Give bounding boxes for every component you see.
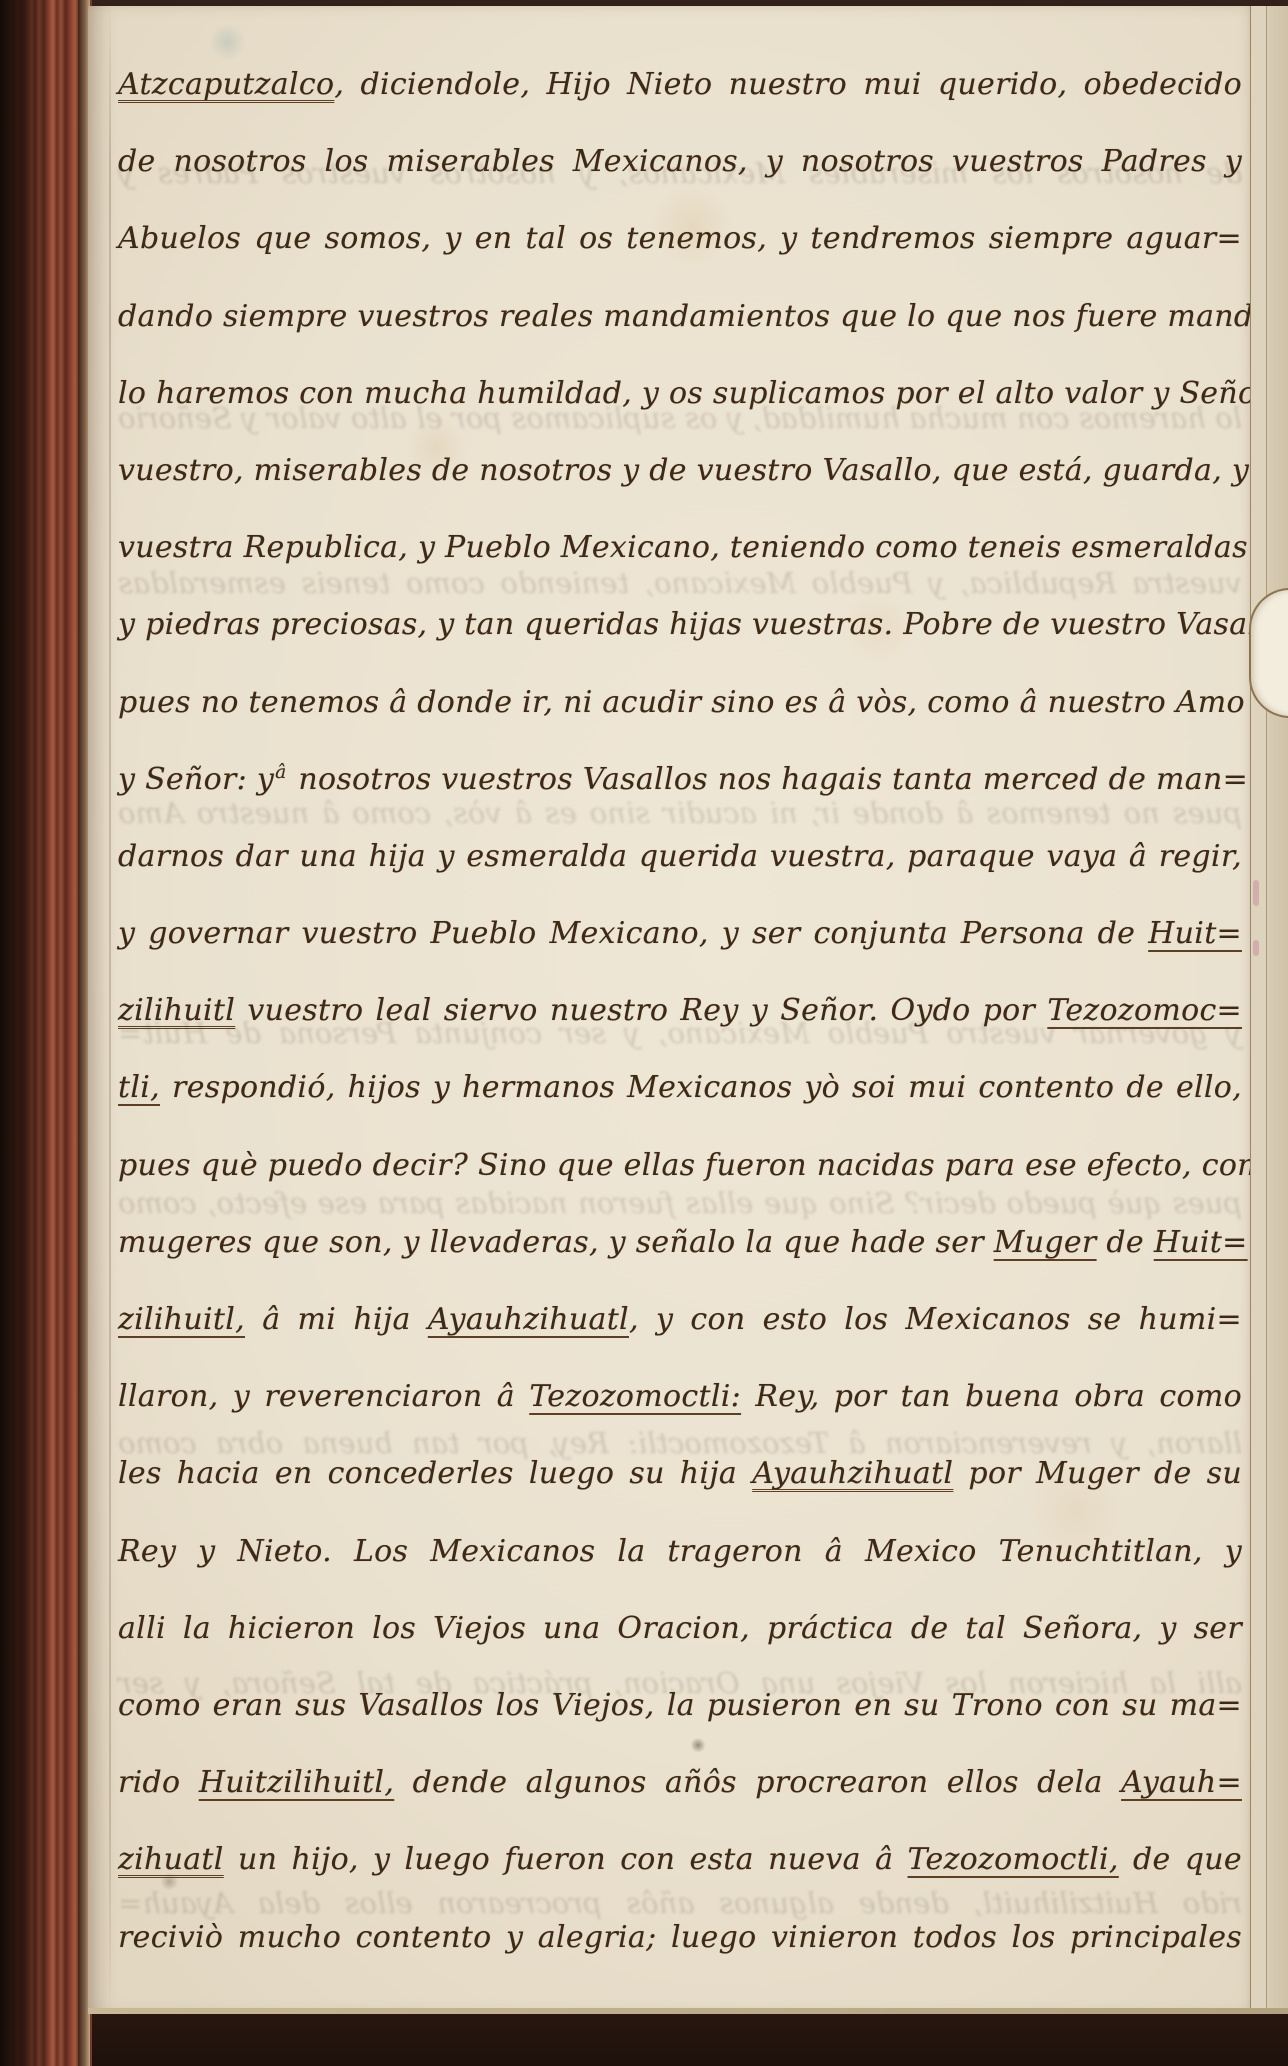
manuscript-line: y governar vuestro Pueblo Mexicano, y se… [118, 895, 1242, 972]
underlined-proper-noun: Tezozomoc= [1047, 993, 1242, 1028]
text-segment: les hacia en concederles luego su hija [118, 1456, 752, 1491]
manuscript-page: rido Huitzilihuitl, dende algunos añôs p… [88, 6, 1250, 2012]
text-segment: , y con esto los Mexicanos se humi= [629, 1302, 1242, 1337]
underlined-proper-noun: Ayauhzihuatl [752, 1456, 953, 1491]
text-segment: mugeres que son, y llevaderas, y señalo … [118, 1225, 994, 1260]
text-segment: reciviò mucho contento y alegria; luego … [118, 1920, 1242, 1955]
text-segment: vuestro leal siervo nuestro Rey y Señor.… [235, 993, 1047, 1028]
manuscript-line: pues què puedo decir? Sino que ellas fue… [118, 1127, 1242, 1204]
manuscript-line: vuestro, miserables de nosotros y de vue… [118, 432, 1242, 509]
manuscript-line: reciviò mucho contento y alegria; luego … [118, 1899, 1242, 1976]
text-segment: un hijo, y luego fueron con esta nueva â [224, 1842, 908, 1877]
underlined-proper-noun: Ayauh= [1121, 1765, 1242, 1800]
manuscript-text: Atzcaputzalco, diciendole, Hijo Nieto nu… [118, 46, 1242, 1976]
text-segment: â mi hija [245, 1302, 428, 1337]
underlined-proper-noun: zihuatl [118, 1842, 224, 1877]
text-segment: pues no tenemos â donde ir, ni acudir si… [118, 685, 1245, 720]
superscript-insertion: â [275, 762, 286, 783]
text-segment: por Muger de su [953, 1456, 1242, 1491]
underlined-proper-noun: Huit= [1148, 916, 1242, 951]
text-segment: vuestra Republica, y Pueblo Mexicano, te… [118, 530, 1248, 565]
text-segment: Rey y Nieto. Los Mexicanos la trageron â… [118, 1534, 1242, 1569]
text-segment: vuestro, miserables de nosotros y de vue… [118, 453, 1288, 488]
manuscript-line: Abuelos que somos, y en tal os tenemos, … [118, 200, 1242, 277]
text-segment: , diciendole, Hijo Nieto nuestro mui que… [334, 67, 1242, 102]
text-segment: y piedras preciosas, y tan queridas hija… [118, 607, 1288, 642]
edge-pink-mark [1253, 940, 1259, 956]
text-segment: alli la hicieron los Viejos una Oracion,… [118, 1611, 1242, 1646]
manuscript-line: llaron, y reverenciaron â Tezozomoctli: … [118, 1358, 1242, 1435]
manuscript-line: lo haremos con mucha humildad, y os supl… [118, 355, 1242, 432]
underlined-proper-noun: Ayauhzihuatl [428, 1302, 629, 1337]
manuscript-line: rido Huitzilihuitl, dende algunos añôs p… [118, 1744, 1242, 1821]
manuscript-line: vuestra Republica, y Pueblo Mexicano, te… [118, 509, 1242, 586]
manuscript-line: zilihuitl, â mi hija Ayauhzihuatl, y con… [118, 1281, 1242, 1358]
manuscript-line: mugeres que son, y llevaderas, y señalo … [118, 1204, 1242, 1281]
underlined-proper-noun: zilihuitl, [118, 1302, 245, 1337]
underlined-proper-noun: Huit= [1154, 1225, 1248, 1260]
photographed-book-page: { "document": { "kind": "manuscript-page… [0, 0, 1288, 2066]
text-segment: de que [1119, 1842, 1242, 1877]
manuscript-line: de nosotros los miserables Mexicanos, y … [118, 123, 1242, 200]
text-segment: rido [118, 1765, 199, 1800]
manuscript-line: darnos dar una hija y esmeralda querida … [118, 818, 1242, 895]
edge-pink-mark [1253, 880, 1259, 906]
thumb-index-notch [1249, 588, 1288, 718]
text-segment: de [1097, 1225, 1154, 1260]
manuscript-line: Rey y Nieto. Los Mexicanos la trageron â… [118, 1513, 1242, 1590]
manuscript-line: y piedras preciosas, y tan queridas hija… [118, 586, 1242, 663]
underlined-proper-noun: Muger [994, 1225, 1097, 1260]
page-bottom-edge [88, 2008, 1288, 2014]
text-segment: y governar vuestro Pueblo Mexicano, y se… [118, 916, 1148, 951]
manuscript-line: tli, respondió, hijos y hermanos Mexican… [118, 1049, 1242, 1126]
underlined-proper-noun: zilihuitl [118, 993, 235, 1028]
manuscript-line: pues no tenemos â donde ir, ni acudir si… [118, 664, 1242, 741]
text-segment: y Señor: y [118, 762, 274, 797]
underlined-proper-noun: Tezozomoctli, [908, 1842, 1119, 1877]
manuscript-line: y Señor: yâ nosotros vuestros Vasallos n… [118, 741, 1242, 818]
underlying-page-edge [1250, 6, 1267, 2012]
manuscript-line: como eran sus Vasallos los Viejos, la pu… [118, 1667, 1242, 1744]
manuscript-line: zihuatl un hijo, y luego fueron con esta… [118, 1821, 1242, 1898]
text-segment: darnos dar una hija y esmeralda querida … [118, 839, 1242, 874]
text-segment: respondió, hijos y hermanos Mexicanos yò… [160, 1070, 1242, 1105]
text-segment: nosotros vuestros Vasallos nos hagais ta… [289, 762, 1249, 797]
text-segment: Abuelos que somos, y en tal os tenemos, … [118, 221, 1242, 256]
underlined-proper-noun: Tezozomoctli: [529, 1379, 741, 1414]
text-segment: lo haremos con mucha humildad, y os supl… [118, 376, 1288, 411]
underlined-proper-noun: Huitzilihuitl, [199, 1765, 394, 1800]
manuscript-line: Atzcaputzalco, diciendole, Hijo Nieto nu… [118, 46, 1242, 123]
manuscript-line: zilihuitl vuestro leal siervo nuestro Re… [118, 972, 1242, 1049]
page-crease-line [109, 6, 111, 2012]
text-segment: dando siempre vuestros reales mandamient… [118, 299, 1288, 334]
text-segment: Rey, por tan buena obra como [741, 1379, 1242, 1414]
underlined-proper-noun: Atzcaputzalco [118, 67, 334, 102]
text-segment: como eran sus Vasallos los Viejos, la pu… [118, 1688, 1242, 1723]
text-segment: dende algunos añôs procrearon ellos dela [394, 1765, 1121, 1800]
manuscript-line: alli la hicieron los Viejos una Oracion,… [118, 1590, 1242, 1667]
text-segment: de nosotros los miserables Mexicanos, y … [118, 144, 1242, 179]
underlying-page-edge-outer [1266, 6, 1288, 2012]
underlined-proper-noun: tli, [118, 1070, 160, 1105]
text-segment: llaron, y reverenciaron â [118, 1379, 529, 1414]
manuscript-line: dando siempre vuestros reales mandamient… [118, 278, 1242, 355]
text-segment: pues què puedo decir? Sino que ellas fue… [118, 1148, 1284, 1183]
manuscript-line: les hacia en concederles luego su hija A… [118, 1435, 1242, 1512]
